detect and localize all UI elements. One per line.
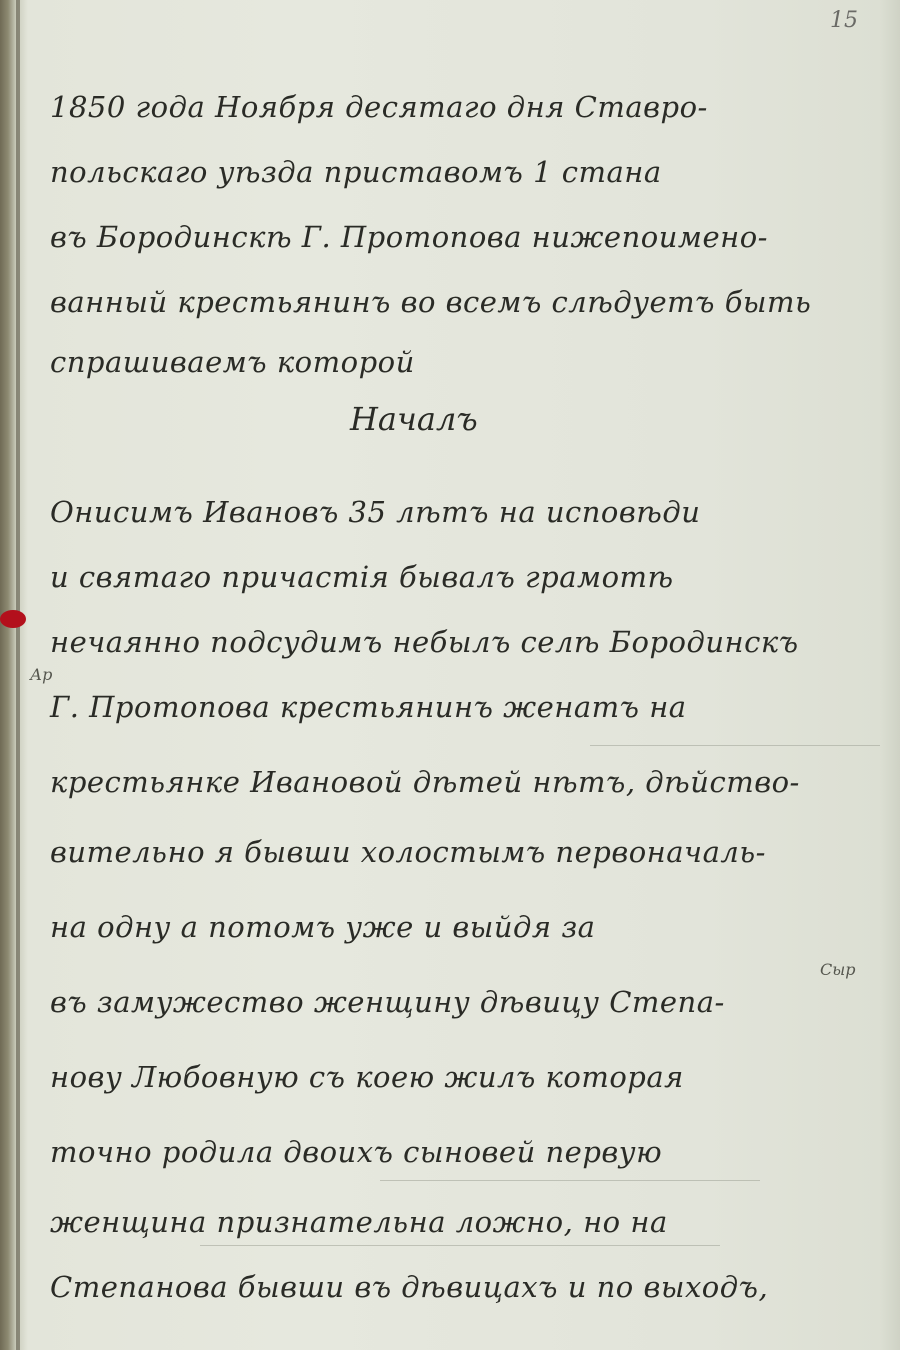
faint-ruled-line bbox=[590, 745, 880, 746]
manuscript-page: 15 1850 года Ноября десятаго дня Ставро-… bbox=[0, 0, 900, 1350]
margin-note-right: Сыр bbox=[820, 960, 856, 979]
text-line-17: Степанова бывши въ дѣвицахъ и по выходъ, bbox=[50, 1270, 870, 1304]
faint-ruled-line bbox=[200, 1245, 720, 1246]
text-line-10: крестьянке Ивановой дѣтей нѣтъ, дѣйство- bbox=[50, 765, 870, 799]
text-line-4: ванный крестьянинъ во всемъ слѣдуетъ быт… bbox=[50, 285, 870, 319]
text-line-9: Г. Протопова крестьянинъ женатъ на bbox=[50, 690, 870, 724]
text-line-12: на одну а потомъ уже и выйдя за bbox=[50, 910, 870, 944]
page-binding-edge bbox=[16, 0, 20, 1350]
faint-ruled-line bbox=[380, 1180, 760, 1181]
text-line-16: женщина признательна ложно, но на bbox=[50, 1205, 870, 1239]
text-line-6: Онисимъ Ивановъ 35 лѣтъ на исповѣди bbox=[50, 495, 870, 529]
page-number: 15 bbox=[830, 8, 858, 33]
text-line-8: нечаянно подсудимъ небылъ селѣ Бородинск… bbox=[50, 625, 870, 659]
text-line-2: польскаго уѣзда приставомъ 1 стана bbox=[50, 155, 870, 189]
text-line-5: спрашиваемъ которой bbox=[50, 345, 870, 379]
text-line-1: 1850 года Ноября десятаго дня Ставро- bbox=[50, 90, 870, 124]
text-line-3: въ Бородинскѣ Г. Протопова нижепоимено- bbox=[50, 220, 870, 254]
text-line-14: нову Любовную съ коею жилъ которая bbox=[50, 1060, 870, 1094]
text-line-15: точно родила двоихъ сыновей первую bbox=[50, 1135, 870, 1169]
red-binding-thread bbox=[0, 610, 26, 628]
text-line-13: въ замужество женщину дѣвицу Степа- bbox=[50, 985, 870, 1019]
margin-note-left: Ар bbox=[30, 665, 52, 684]
text-line-11: вительно я бывши холостымъ первоначаль- bbox=[50, 835, 870, 869]
text-line-7: и святаго причастія бывалъ грамотѣ bbox=[50, 560, 870, 594]
section-heading: Началъ bbox=[350, 400, 478, 438]
